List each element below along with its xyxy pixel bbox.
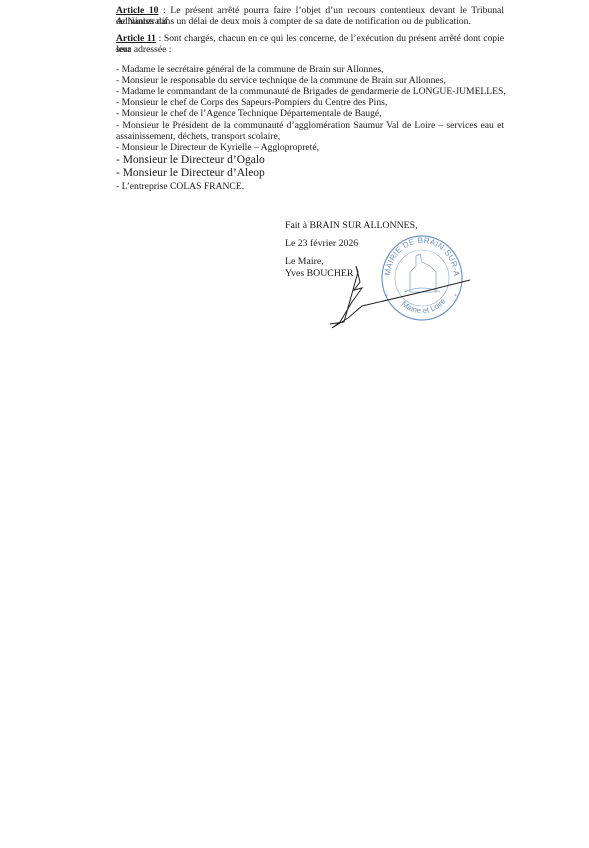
article-11-label: Article 11 (116, 33, 156, 44)
article-11-line-2: sera adressée : (116, 44, 171, 55)
handwritten-signature-icon (322, 262, 502, 330)
recipient-item-continued: assainissement, déchets, transport scola… (116, 131, 280, 142)
recipient-item: - Monsieur le Directeur d’Ogalo (116, 154, 265, 167)
signature-title: Le Maire, (285, 256, 324, 268)
article-10-line-2: de Nantes dans un délai de deux mois à c… (116, 16, 471, 27)
recipient-item: - Monsieur le Directeur d’Aleop (116, 167, 265, 180)
recipient-item: - Monsieur le Président de la communauté… (116, 120, 504, 131)
recipient-item: - Monsieur le responsable du service tec… (116, 75, 446, 86)
signature-date: Le 23 février 2026 (285, 238, 358, 250)
recipient-item: - Monsieur le Directeur de Kyrielle – Ag… (116, 142, 319, 153)
recipient-item: - L’entreprise COLAS FRANCE. (116, 181, 244, 192)
article-10-label: Article 10 (116, 5, 158, 16)
recipient-item: - Madame le secrétaire général de la com… (116, 64, 383, 75)
document-page: Article 10 : Le présent arrêté pourra fa… (0, 0, 589, 848)
recipient-item: - Monsieur le chef de l’Agence Technique… (116, 108, 382, 119)
recipient-item: - Monsieur le chef de Corps des Sapeurs-… (116, 97, 387, 108)
signature-place: Fait à BRAIN SUR ALLONNES, (285, 220, 418, 232)
recipient-item: - Madame le commandant de la communauté … (116, 86, 506, 97)
article-11-line-1: Article 11 : Sont chargés, chacun en ce … (116, 33, 504, 55)
